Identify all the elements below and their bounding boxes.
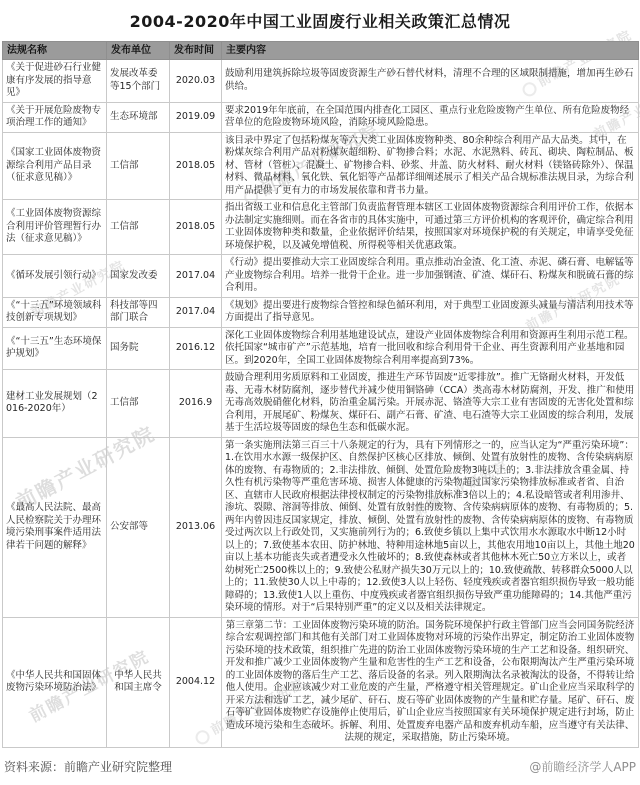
- table-row: 《国家工业固体废物资源综合利用产品目录（征求意见稿）》 工信部 2018.05 …: [3, 132, 639, 200]
- policy-name: 《关于促进砂石行业健康有序发展的指导意见》: [3, 60, 107, 103]
- policy-name: 《最高人民法院、最高人民检察院关于办理环境污染刑事案件适用法律若干问题的解释》: [3, 437, 107, 617]
- table-row: 《工业固体废物资源综合利用评价管理暂行办法（征求意见稿）》 工信部 2018.0…: [3, 200, 639, 255]
- policy-name: 《“十三五”生态环境保护规划》: [3, 327, 107, 370]
- policy-date: 2020.03: [170, 60, 222, 103]
- col-header-regulation-name: 法规名称: [3, 42, 107, 60]
- policy-date: 2018.05: [170, 132, 222, 200]
- table-header-row: 法规名称 发布单位 发布时间 主要内容: [3, 42, 639, 60]
- policy-name: 《工业固体废物资源综合利用评价管理暂行办法（征求意见稿）》: [3, 200, 107, 255]
- policy-name: 《循环发展引领行动》: [3, 255, 107, 298]
- policy-publisher: 生态环境部: [107, 102, 170, 132]
- source-note: 资料来源：前瞻产业研究院整理: [4, 758, 172, 775]
- policy-content: 深化工业固体废物综合利用基地建设试点，建设产业固体废物综合利用和资源再生利用示范…: [222, 327, 639, 370]
- policy-publisher: 国家发改委: [107, 255, 170, 298]
- policy-date: 2013.06: [170, 437, 222, 617]
- policy-date: 2017.04: [170, 255, 222, 298]
- policy-content: 要求2019年年底前，在全国范围内排查化工园区、重点行业危险废物产生单位、所有危…: [222, 102, 639, 132]
- policy-name: 建材工业发展规划（2016-2020年）: [3, 370, 107, 438]
- policy-publisher: 工信部: [107, 200, 170, 255]
- table-row: 《关于开展危险废物专项治理工作的通知》 生态环境部 2019.09 要求2019…: [3, 102, 639, 132]
- policy-date: 2019.09: [170, 102, 222, 132]
- col-header-main-content: 主要内容: [222, 42, 639, 60]
- policy-content: 《行动》提出要推动大宗工业固废综合利用。重点推动冶金渣、化工渣、赤泥、磷石膏、电…: [222, 255, 639, 298]
- policy-date: 2018.05: [170, 200, 222, 255]
- policy-date: 2017.04: [170, 297, 222, 327]
- col-header-publisher: 发布单位: [107, 42, 170, 60]
- policy-publisher: 工信部: [107, 132, 170, 200]
- policy-name: 《中华人民共和国固体废物污染环境防治法》: [3, 617, 107, 747]
- policy-content: 《规划》提出要进行废物综合管控和绿色循环利用，对于典型工业固废源头减量与清洁利用…: [222, 297, 639, 327]
- policy-name: 《国家工业固体废物资源综合利用产品目录（征求意见稿）》: [3, 132, 107, 200]
- policy-date: 2016.12: [170, 327, 222, 370]
- table-row: 《最高人民法院、最高人民检察院关于办理环境污染刑事案件适用法律若干问题的解释》 …: [3, 437, 639, 617]
- policy-publisher: 中华人民共和国主席令: [107, 617, 170, 747]
- policy-name: 《“十三五”环境领域科技创新专项规划》: [3, 297, 107, 327]
- table-row: 《循环发展引领行动》 国家发改委 2017.04 《行动》提出要推动大宗工业固废…: [3, 255, 639, 298]
- policy-table: 法规名称 发布单位 发布时间 主要内容 《关于促进砂石行业健康有序发展的指导意见…: [2, 41, 639, 748]
- table-row: 《“十三五”环境领域科技创新专项规划》 科技部等四部门联合 2017.04 《规…: [3, 297, 639, 327]
- table-row: 《中华人民共和国固体废物污染环境防治法》 中华人民共和国主席令 2004.12 …: [3, 617, 639, 747]
- table-row: 《关于促进砂石行业健康有序发展的指导意见》 发展改革委等15个部门 2020.0…: [3, 60, 639, 103]
- policy-date: 2004.12: [170, 617, 222, 747]
- policy-publisher: 国务院: [107, 327, 170, 370]
- credit-note: @前瞻经济学人APP: [529, 758, 636, 775]
- policy-content: 鼓励利用建筑拆除垃圾等固废资源生产砂石替代材料，清理不合理的区域限制措施，增加再…: [222, 60, 639, 103]
- policy-content: 鼓励合理利用劣质原料和工业固废，推进生产环节固废“近零排放”。推广无铬耐火材料，…: [222, 370, 639, 438]
- col-header-publish-date: 发布时间: [170, 42, 222, 60]
- policy-name: 《关于开展危险废物专项治理工作的通知》: [3, 102, 107, 132]
- policy-publisher: 科技部等四部门联合: [107, 297, 170, 327]
- table-row: 《“十三五”生态环境保护规划》 国务院 2016.12 深化工业固体废物综合利用…: [3, 327, 639, 370]
- policy-date: 2016.9: [170, 370, 222, 438]
- footer: 资料来源：前瞻产业研究院整理 @前瞻经济学人APP: [2, 756, 638, 785]
- page: 前瞻产业研究院 前瞻产业研究院 前瞻产业研究院 前瞻产业研究院 前瞻产业研究院 …: [0, 0, 640, 785]
- policy-content: 第三章第二节：工业固体废物污染环境的防治。国务院环境保护行政主管部门应当会同国务…: [222, 617, 639, 747]
- policy-content: 该目录中界定了包括粉煤灰等六大类工业固体废物种类、80余种综合利用产品大品类。其…: [222, 132, 639, 200]
- page-title: 2004-2020年中国工业固废行业相关政策汇总情况: [0, 0, 640, 41]
- policy-publisher: 发展改革委等15个部门: [107, 60, 170, 103]
- policy-publisher: 工信部: [107, 370, 170, 438]
- policy-publisher: 公安部等: [107, 437, 170, 617]
- table-row: 建材工业发展规划（2016-2020年） 工信部 2016.9 鼓励合理利用劣质…: [3, 370, 639, 438]
- policy-content: 指出省级工业和信息化主管部门负责监督管理本辖区工业固体废物资源综合利用评价工作，…: [222, 200, 639, 255]
- policy-content: 第一条实施刑法第三百三十八条规定的行为，具有下列情形之一的，应当认定为“严重污染…: [222, 437, 639, 617]
